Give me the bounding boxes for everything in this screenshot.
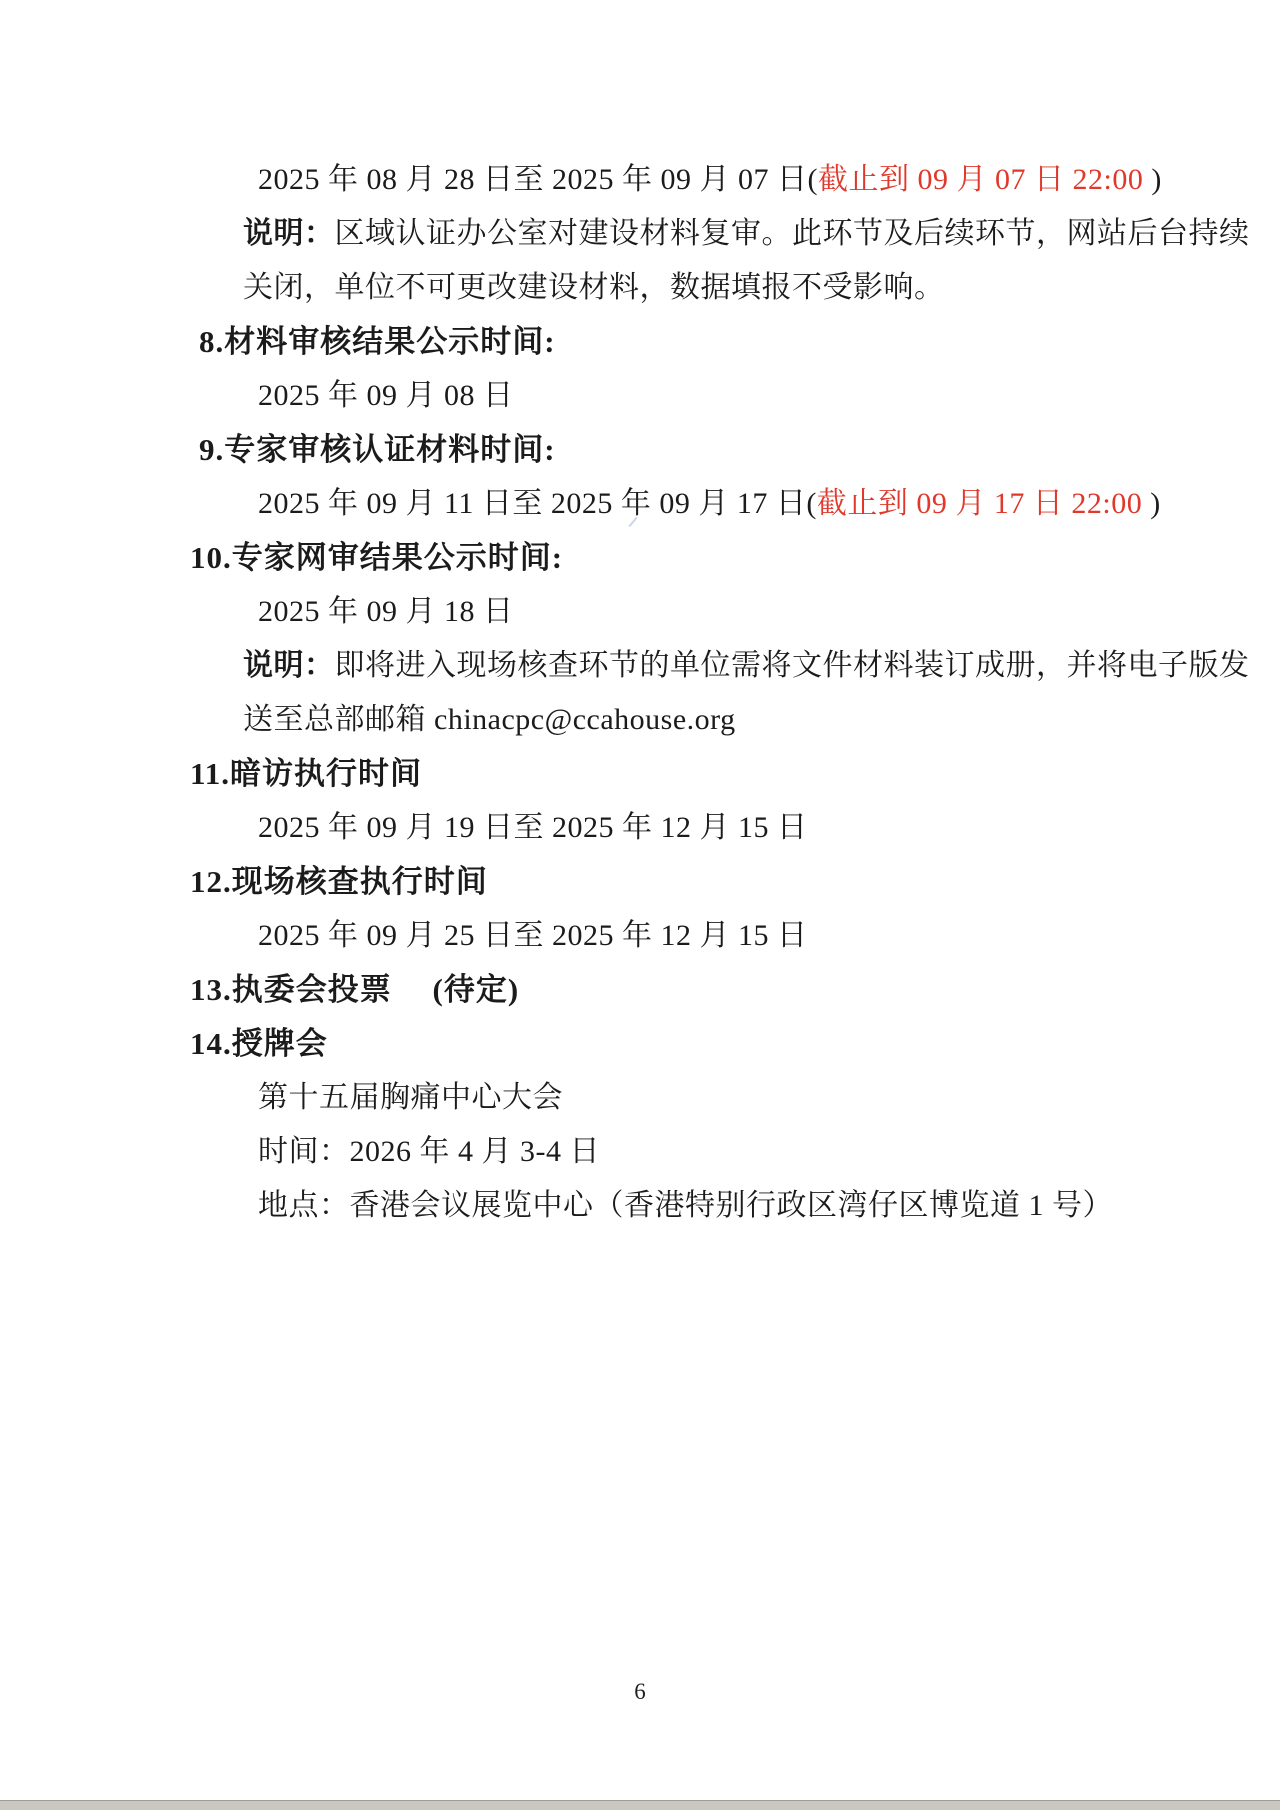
note-line-onsite-1: 说明：即将进入现场核查环节的单位需将文件材料装订成册，并将电子版发 [243,639,1280,693]
text-segment: 截止到 09 月 17 日 22:00 [817,487,1150,520]
text-segment: 说明： [243,217,335,250]
text-segment: 2025 年 09 月 11 日至 2025 年 09 月 17 日( [258,487,817,520]
detail-conference-venue: 地点：香港会议展览中心（香港特别行政区湾仔区博览道 1 号） [258,1179,1280,1233]
document-page: 2025 年 08 月 28 日至 2025 年 09 月 07 日(截止到 0… [0,0,1280,1810]
text-segment: 时间：2026 年 4 月 3-4 日 [258,1135,600,1168]
heading-14: 14.授牌会 [190,1017,1280,1071]
text-segment: 13.执委会投票 (待定) [190,972,519,1007]
date-line-10: 2025 年 09 月 18 日 [258,585,1280,639]
note-line-material-review-1: 说明：区域认证办公室对建设材料复审。此环节及后续环节，网站后台持续 [243,207,1280,261]
text-segment: 第十五届胸痛中心大会 [258,1081,563,1114]
date-line-8: 2025 年 09 月 08 日 [258,369,1280,423]
text-segment: 2025 年 09 月 18 日 [258,595,514,628]
text-segment: 2025 年 09 月 19 日至 2025 年 12 月 15 日 [258,811,808,844]
text-segment: 9.专家审核认证材料时间: [199,432,556,467]
heading-12: 12.现场核查执行时间 [190,855,1280,909]
text-segment: 说明： [243,649,335,682]
text-segment: 截止到 09 月 07 日 22:00 [818,163,1151,196]
date-line-9: 2025 年 09 月 11 日至 2025 年 09 月 17 日(截止到 0… [258,477,1280,531]
text-segment: 2025 年 09 月 08 日 [258,379,514,412]
text-segment: 14.授牌会 [190,1026,328,1061]
detail-conference-time: 时间：2026 年 4 月 3-4 日 [258,1125,1280,1179]
heading-11: 11.暗访执行时间 [190,747,1280,801]
note-line-onsite-2: 送至总部邮箱 chinacpc@ccahouse.org [243,693,1280,747]
heading-13: 13.执委会投票 (待定) [190,963,1280,1017]
text-segment: 区域认证办公室对建设材料复审。此环节及后续环节，网站后台持续 [335,217,1250,250]
text-segment: ) [1150,487,1161,520]
page-number: 6 [0,1678,1280,1706]
text-segment: 地点：香港会议展览中心（香港特别行政区湾仔区博览道 1 号） [258,1189,1113,1222]
text-segment: 关闭，单位不可更改建设材料，数据填报不受影响。 [243,271,945,304]
text-segment: 2025 年 08 月 28 日至 2025 年 09 月 07 日( [258,163,818,196]
text-segment: 8.材料审核结果公示时间: [199,324,556,359]
text-segment: 11.暗访执行时间 [190,756,422,791]
heading-9: 9.专家审核认证材料时间: [199,423,1280,477]
text-segment: 2025 年 09 月 25 日至 2025 年 12 月 15 日 [258,919,808,952]
text-segment: 即将进入现场核查环节的单位需将文件材料装订成册，并将电子版发 [335,649,1250,682]
date-line-material-review: 2025 年 08 月 28 日至 2025 年 09 月 07 日(截止到 0… [258,153,1280,207]
date-line-11: 2025 年 09 月 19 日至 2025 年 12 月 15 日 [258,801,1280,855]
detail-conference-name: 第十五届胸痛中心大会 [258,1071,1280,1125]
note-line-material-review-2: 关闭，单位不可更改建设材料，数据填报不受影响。 [243,261,1280,315]
heading-10: 10.专家网审结果公示时间: [190,531,1280,585]
document-body: 2025 年 08 月 28 日至 2025 年 09 月 07 日(截止到 0… [0,153,1280,1233]
text-segment: 送至总部邮箱 chinacpc@ccahouse.org [243,703,736,736]
heading-8: 8.材料审核结果公示时间: [199,315,1280,369]
text-segment: 10.专家网审结果公示时间: [190,540,563,575]
text-segment: ) [1151,163,1162,196]
text-segment: 12.现场核查执行时间 [190,864,488,899]
date-line-12: 2025 年 09 月 25 日至 2025 年 12 月 15 日 [258,909,1280,963]
scan-bottom-edge [0,1800,1280,1810]
